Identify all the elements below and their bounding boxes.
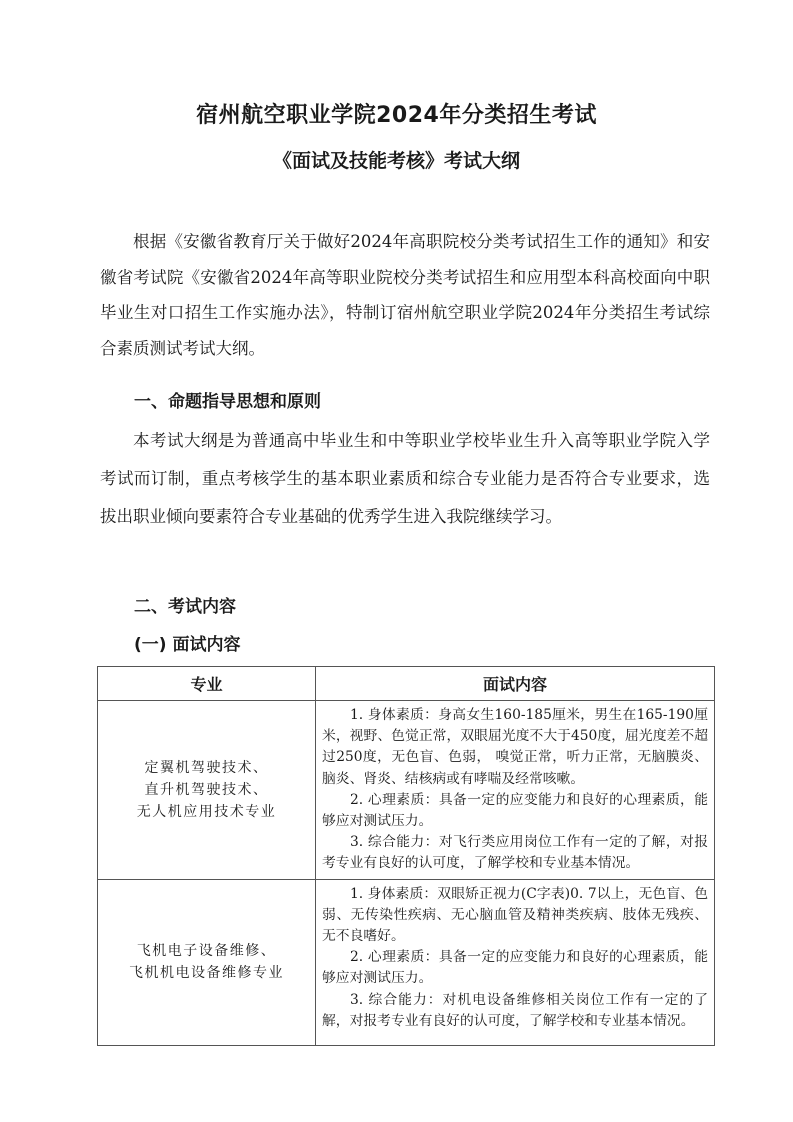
document-title: 宿州航空职业学院2024年分类招生考试 xyxy=(0,98,793,129)
interview-content-table: 专业 面试内容 定翼机驾驶技术、 直升机驾驶技术、 无人机应用技术专业 1. 身… xyxy=(97,666,715,1046)
document-subtitle: 《面试及技能考核》考试大纲 xyxy=(0,146,793,173)
major-line: 无人机应用技术专业 xyxy=(98,801,315,823)
major-line: 飞机机电设备维修专业 xyxy=(98,962,315,984)
interview-content-cell: 1. 身体素质：身高女生160-185厘米，男生在165-190厘米，视野、色觉… xyxy=(316,701,715,880)
interview-content-cell: 1. 身体素质：双眼矫正视力(C字表)0. 7以上，无色盲、色弱、无传染性疾病、… xyxy=(316,879,715,1045)
requirement-comprehensive: 3. 综合能力：对机电设备维修相关岗位工作有一定的了解，对报考专业有良好的认可度… xyxy=(322,990,708,1032)
major-cell: 飞机电子设备维修、 飞机机电设备维修专业 xyxy=(98,879,316,1045)
section-paragraph-guiding-principles: 本考试大纲是为普通高中毕业生和中等职业学校毕业生升入高等职业学院入学考试而订制，… xyxy=(100,422,710,536)
major-cell: 定翼机驾驶技术、 直升机驾驶技术、 无人机应用技术专业 xyxy=(98,701,316,880)
requirement-comprehensive: 3. 综合能力：对飞行类应用岗位工作有一定的了解，对报考专业有良好的认可度，了解… xyxy=(322,832,708,874)
table-row: 定翼机驾驶技术、 直升机驾驶技术、 无人机应用技术专业 1. 身体素质：身高女生… xyxy=(98,701,715,880)
section-heading-exam-content: 二、考试内容 xyxy=(134,592,236,617)
requirement-psychological: 2. 心理素质：具备一定的应变能力和良好的心理素质，能够应对测试压力。 xyxy=(322,790,708,832)
table-row: 飞机电子设备维修、 飞机机电设备维修专业 1. 身体素质：双眼矫正视力(C字表)… xyxy=(98,879,715,1045)
requirement-physical: 1. 身体素质：双眼矫正视力(C字表)0. 7以上，无色盲、色弱、无传染性疾病、… xyxy=(322,884,708,948)
requirement-physical: 1. 身体素质：身高女生160-185厘米，男生在165-190厘米，视野、色觉… xyxy=(322,705,708,790)
major-line: 定翼机驾驶技术、 xyxy=(98,757,315,779)
intro-paragraph: 根据《安徽省教育厅关于做好2024年高职院校分类考试招生工作的通知》和安徽省考试… xyxy=(100,224,710,366)
major-line: 直升机驾驶技术、 xyxy=(98,779,315,801)
subsection-heading-interview-content: (一) 面试内容 xyxy=(134,630,240,655)
table-header-row: 专业 面试内容 xyxy=(98,667,715,701)
header-major: 专业 xyxy=(98,667,316,701)
requirement-psychological: 2. 心理素质：具备一定的应变能力和良好的心理素质，能够应对测试压力。 xyxy=(322,947,708,989)
section-heading-guiding-principles: 一、命题指导思想和原则 xyxy=(134,387,321,412)
header-interview-content: 面试内容 xyxy=(316,667,715,701)
major-line: 飞机电子设备维修、 xyxy=(98,940,315,962)
